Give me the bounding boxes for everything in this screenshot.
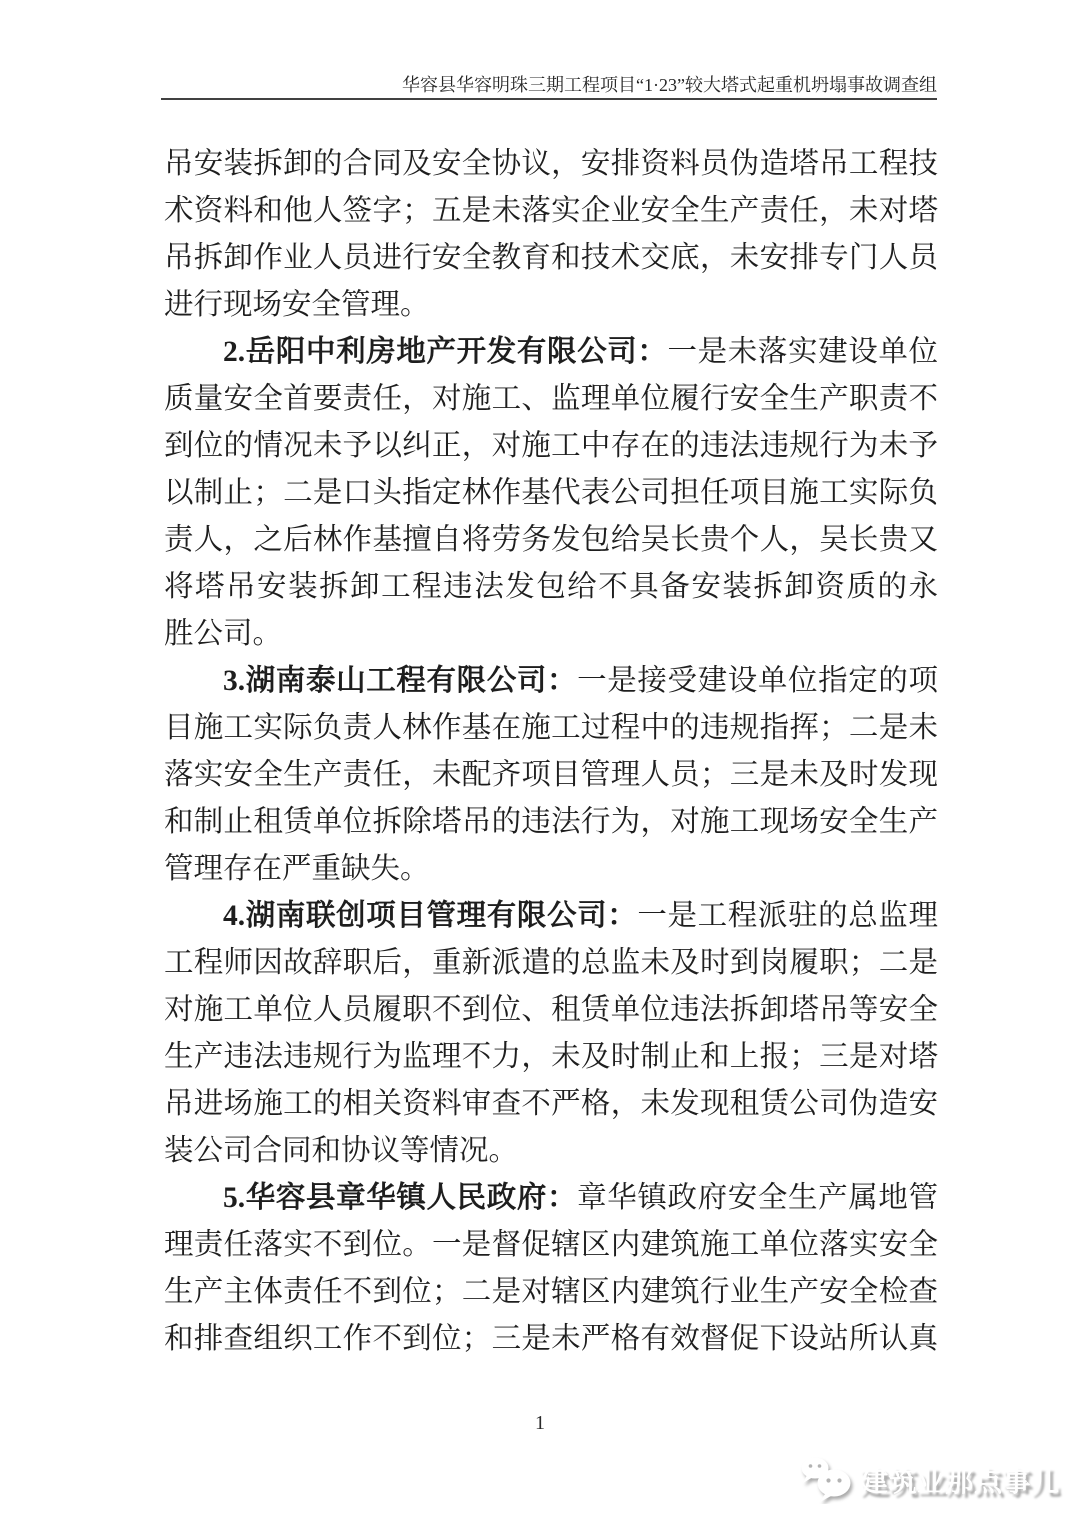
text-line: 以制止；二是口头指定林作基代表公司担任项目施工实际负	[164, 470, 938, 517]
text-segment: 进行现场安全管理。	[164, 289, 430, 321]
header-divider	[161, 98, 937, 100]
text-line: 胜公司。	[164, 611, 938, 658]
watermark: 建筑业那点事儿	[798, 1456, 1060, 1504]
text-segment: 生产违法违规行为监理不力，未及时制止和上报；三是对塔	[164, 1041, 938, 1073]
text-line: 质量安全首要责任，对施工、监理单位履行安全生产职责不	[164, 376, 938, 423]
text-segment: 目施工实际负责人林作基在施工过程中的违规指挥；二是未	[164, 712, 938, 744]
text-line: 对施工单位人员履职不到位、租赁单位违法拆卸塔吊等安全	[164, 987, 938, 1034]
text-line: 落实安全生产责任，未配齐项目管理人员；三是未及时发现	[164, 752, 938, 799]
wechat-chat-bubbles-icon	[798, 1456, 856, 1504]
text-segment: 将塔吊安装拆卸工程违法发包给不具备安装拆卸资质的永	[164, 571, 938, 603]
text-segment: 对施工单位人员履职不到位、租赁单位违法拆卸塔吊等安全	[164, 994, 938, 1026]
text-segment: 吊拆卸作业人员进行安全教育和技术交底，未安排专门人员	[164, 242, 938, 274]
text-line: 生产违法违规行为监理不力，未及时制止和上报；三是对塔	[164, 1034, 938, 1081]
text-line: 到位的情况未予以纠正，对施工中存在的违法违规行为未予	[164, 423, 938, 470]
text-line: 进行现场安全管理。	[164, 282, 938, 329]
text-segment: 和排查组织工作不到位；三是未严格有效督促下设站所认真	[164, 1323, 938, 1355]
text-line: 吊安装拆卸的合同及安全协议，安排资料员伪造塔吊工程技	[164, 141, 938, 188]
text-segment: 吊进场施工的相关资料审查不严格，未发现租赁公司伪造安	[164, 1088, 938, 1120]
page-number: 1	[0, 1412, 1080, 1435]
text-segment: 到位的情况未予以纠正，对施工中存在的违法违规行为未予	[164, 430, 938, 462]
text-segment: 胜公司。	[164, 618, 282, 650]
text-segment: 一是未落实建设单位	[667, 336, 938, 368]
text-segment: 一是工程派驻的总监理	[637, 900, 938, 932]
text-line: 工程师因故辞职后，重新派遣的总监未及时到岗履职；二是	[164, 940, 938, 987]
text-line: 5.华容县章华镇人民政府：章华镇政府安全生产属地管	[164, 1175, 938, 1222]
text-line: 装公司合同和协议等情况。	[164, 1128, 938, 1175]
text-line: 目施工实际负责人林作基在施工过程中的违规指挥；二是未	[164, 705, 938, 752]
text-line: 3.湖南泰山工程有限公司：一是接受建设单位指定的项	[164, 658, 938, 705]
text-line: 责人，之后林作基擅自将劳务发包给吴长贵个人，吴长贵又	[164, 517, 938, 564]
responsible-party-name: 3.湖南泰山工程有限公司：	[223, 665, 577, 697]
responsible-party-name: 5.华容县章华镇人民政府：	[223, 1182, 577, 1214]
text-segment: 质量安全首要责任，对施工、监理单位履行安全生产职责不	[164, 383, 938, 415]
text-line: 和制止租赁单位拆除塔吊的违法行为，对施工现场安全生产	[164, 799, 938, 846]
text-segment: 一是接受建设单位指定的项	[577, 665, 938, 697]
text-line: 生产主体责任不到位；二是对辖区内建筑行业生产安全检查	[164, 1269, 938, 1316]
watermark-label: 建筑业那点事儿	[860, 1460, 1060, 1500]
text-line: 和排查组织工作不到位；三是未严格有效督促下设站所认真	[164, 1316, 938, 1363]
text-line: 理责任落实不到位。一是督促辖区内建筑施工单位落实安全	[164, 1222, 938, 1269]
text-line: 吊拆卸作业人员进行安全教育和技术交底，未安排专门人员	[164, 235, 938, 282]
text-line: 2.岳阳中利房地产开发有限公司：一是未落实建设单位	[164, 329, 938, 376]
page-header-title: 华容县华容明珠三期工程项目“1·23”较大塔式起重机坍塌事故调查组	[161, 74, 937, 96]
text-line: 将塔吊安装拆卸工程违法发包给不具备安装拆卸资质的永	[164, 564, 938, 611]
text-line: 4.湖南联创项目管理有限公司：一是工程派驻的总监理	[164, 893, 938, 940]
document-body: 吊安装拆卸的合同及安全协议，安排资料员伪造塔吊工程技术资料和他人签字；五是未落实…	[164, 141, 938, 1363]
responsible-party-name: 2.岳阳中利房地产开发有限公司：	[223, 336, 667, 368]
text-segment: 理责任落实不到位。一是督促辖区内建筑施工单位落实安全	[164, 1229, 938, 1261]
text-segment: 和制止租赁单位拆除塔吊的违法行为，对施工现场安全生产	[164, 806, 938, 838]
text-segment: 管理存在严重缺失。	[164, 853, 430, 885]
document-page: 华容县华容明珠三期工程项目“1·23”较大塔式起重机坍塌事故调查组 吊安装拆卸的…	[0, 0, 1080, 1527]
text-line: 术资料和他人签字；五是未落实企业安全生产责任，未对塔	[164, 188, 938, 235]
text-segment: 责人，之后林作基擅自将劳务发包给吴长贵个人，吴长贵又	[164, 524, 938, 556]
text-segment: 生产主体责任不到位；二是对辖区内建筑行业生产安全检查	[164, 1276, 938, 1308]
text-segment: 章华镇政府安全生产属地管	[577, 1182, 938, 1214]
text-segment: 落实安全生产责任，未配齐项目管理人员；三是未及时发现	[164, 759, 938, 791]
text-line: 吊进场施工的相关资料审查不严格，未发现租赁公司伪造安	[164, 1081, 938, 1128]
text-segment: 装公司合同和协议等情况。	[164, 1135, 518, 1167]
text-segment: 以制止；二是口头指定林作基代表公司担任项目施工实际负	[164, 477, 938, 509]
text-line: 管理存在严重缺失。	[164, 846, 938, 893]
responsible-party-name: 4.湖南联创项目管理有限公司：	[223, 900, 637, 932]
text-segment: 吊安装拆卸的合同及安全协议，安排资料员伪造塔吊工程技	[164, 148, 938, 180]
text-segment: 工程师因故辞职后，重新派遣的总监未及时到岗履职；二是	[164, 947, 938, 979]
text-segment: 术资料和他人签字；五是未落实企业安全生产责任，未对塔	[164, 195, 938, 227]
